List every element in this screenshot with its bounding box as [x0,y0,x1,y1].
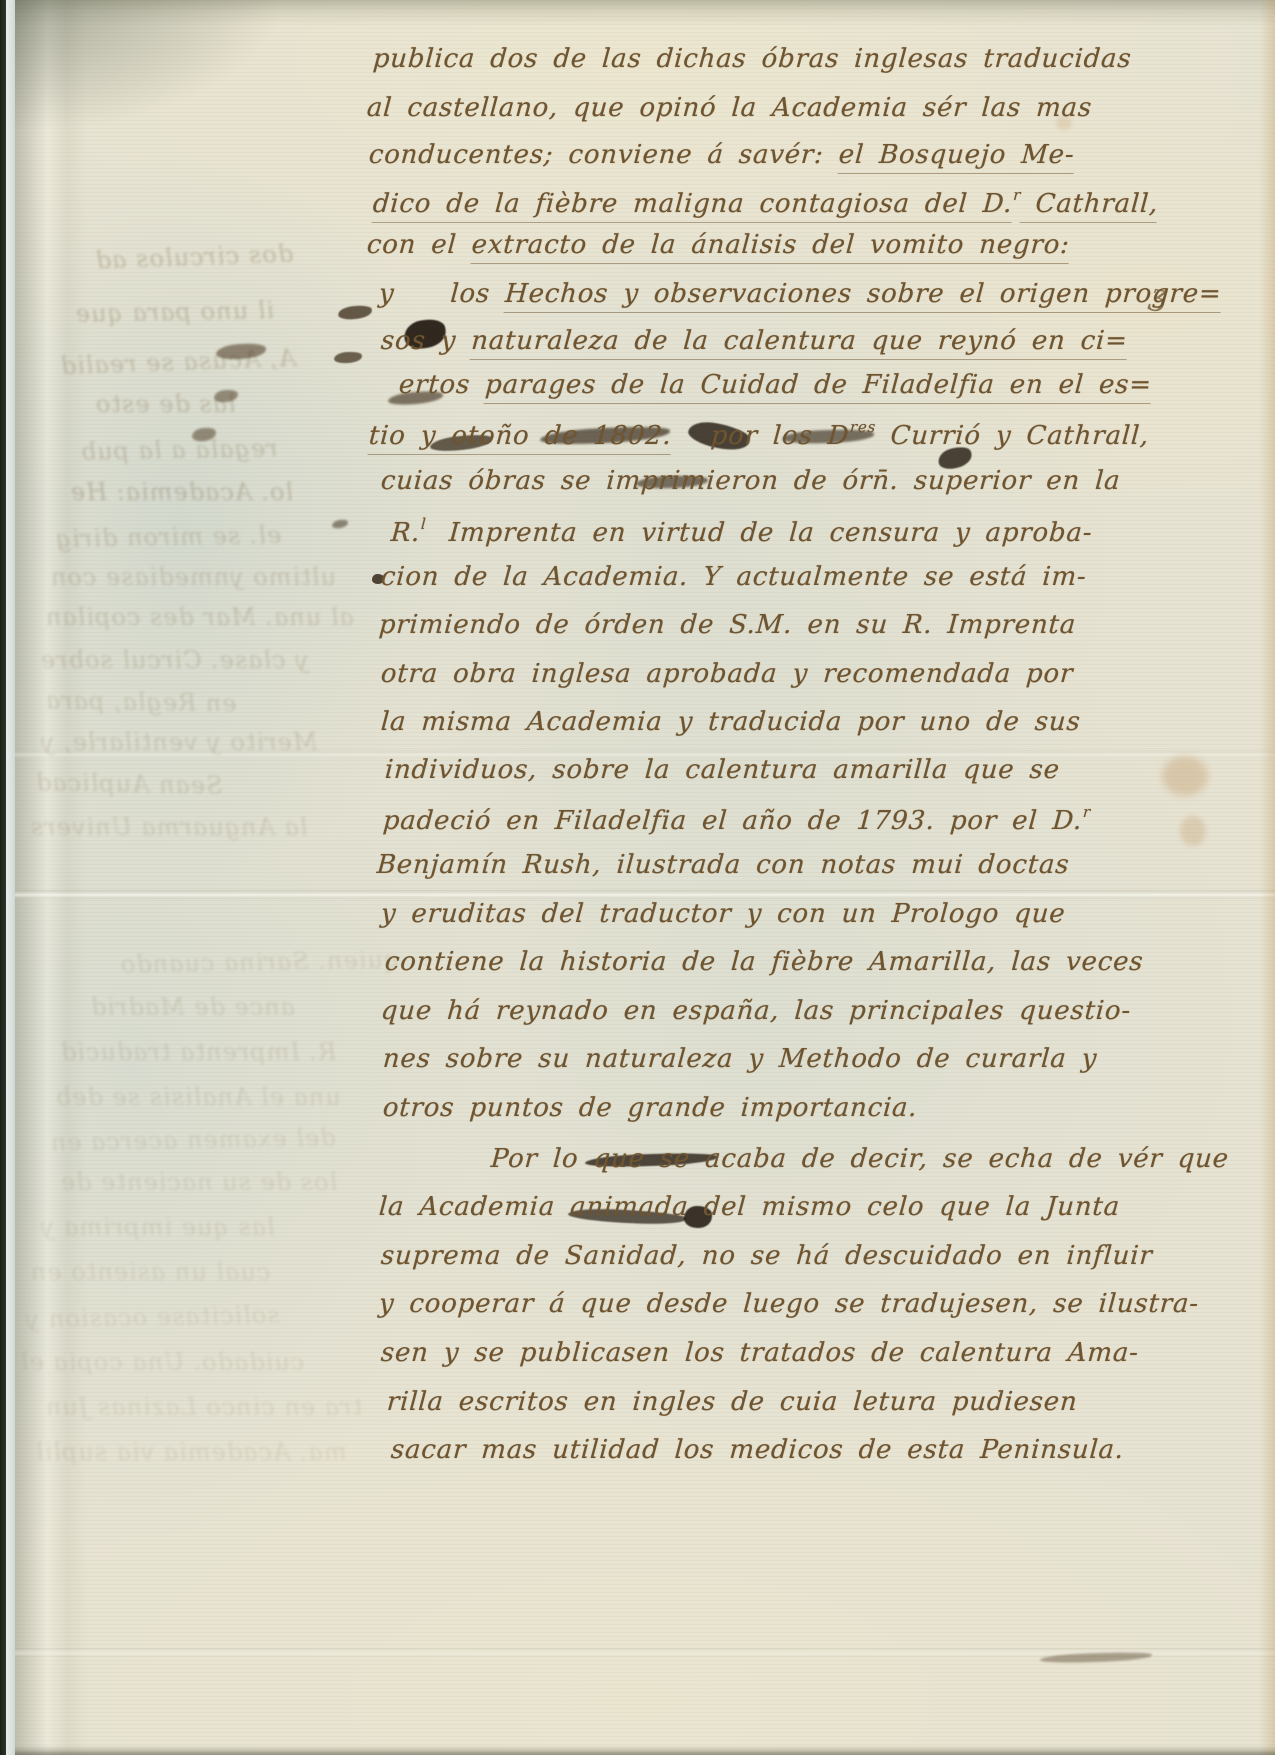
phrase: por los D [695,421,851,451]
verso-ghost-fragment: las que imprima y [39,1215,275,1239]
verso-ghost-fragment: Merito y ventilarle, y [39,730,318,754]
phrase: padeció en Filadelfia el año de 1793. po… [382,806,1084,836]
verso-ghost-fragment: cual un asiento en [29,1260,271,1284]
verso-ghost-fragment: el. se miron dirig [54,523,282,551]
verso-ghost-fragment: quien. Sarina cuando [119,948,400,977]
verso-ghost-fragment: al una. Mar des copilan [44,605,355,629]
phrase: Imprenta en virtud de la censura y aprob… [433,518,1094,548]
phrase: nes sobre su naturaleza y Methodo de cur… [382,1044,1098,1074]
underlined-phrase: el Bosquejo Me- [838,140,1076,174]
phrase: sen y se publicasen los tratados de cale… [380,1338,1140,1368]
manuscript-line: sen y se publicasen los tratados de cale… [380,1340,1140,1366]
phrase: rilla escritos en ingles de cuia letura … [386,1387,1079,1417]
foxing-stain [1162,756,1208,796]
manuscript-line: conducentes; conviene á savér: el Bosque… [368,142,1075,168]
verso-ghost-fragment: tra en cinco Lazinas Jun [44,1395,363,1419]
verso-ghost-fragment: regala a la pub [79,436,278,463]
verso-ghost-fragment: solicitase ocasion y [24,1303,280,1331]
verso-ghost-fragment: dos circulos ad [94,242,293,273]
verso-ghost-fragment: Sean Auplicad [34,770,223,797]
phrase: suprema de Sanidad, no se há descuidado … [380,1241,1154,1271]
phrase: los [449,279,506,309]
manuscript-line: Por lo que se acaba de decir, se echa de… [490,1146,1230,1172]
manuscript-line: suprema de Sanidad, no se há descuidado … [380,1243,1154,1269]
scan-backing-strip [6,0,15,1755]
phrase: contiene la historia de la fièbre Amaril… [384,947,1145,977]
phrase: otros puntos de grande importancia. [382,1093,919,1123]
verso-ghost-fragment: R. Imprenta traducid [59,1040,337,1064]
manuscript-line: que há reynado en españa, las principale… [380,998,1132,1024]
phrase: otra obra inglesa aprobada y recomendada… [380,659,1074,689]
phrase: individuos, sobre la calentura amarilla … [384,755,1061,785]
verso-ghost-fragment: il uno para que [74,298,275,325]
manuscript-line: tio y otoño de 1802. por los Dres Currió… [368,420,1150,449]
phrase: y [378,279,396,309]
phrase: la misma Academia y traducida por uno de… [380,707,1082,737]
verso-ghost-fragment: en Regla, para [44,688,237,715]
phrase: publica dos de las dichas óbras inglesas… [372,44,1133,74]
page-bottom-edge [0,1745,1275,1755]
underlined-phrase: dico de la fièbre maligna contagiosa del… [372,189,1014,223]
superscript-letters: r [1082,803,1091,821]
page-right-edge [1259,0,1275,1755]
manuscript-line: individuos, sobre la calentura amarilla … [384,757,1061,783]
manuscript-line: padeció en Filadelfia el año de 1793. po… [382,805,1091,834]
superscript-letters: res [849,418,876,436]
manuscript-scan: dos circulos adil uno para queA, Acusa s… [0,0,1275,1755]
manuscript-line: Benjamín Rush, ilustrada con notas mui d… [376,852,1070,878]
verso-ghost-fragment: ance de Madrid [89,995,296,1019]
manuscript-line: R.l Imprenta en virtud de la censura y a… [390,517,1093,546]
manuscript-line: contiene la historia de la fièbre Amaril… [384,949,1144,975]
manuscript-line: publica dos de las dichas óbras inglesas… [372,46,1132,72]
underlined-phrase: extracto de la ánalisis del vomito negro… [470,230,1070,264]
phrase: cion de la Academia. Y actualmente se es… [380,562,1088,592]
manuscript-line: sos y naturaleza de la calentura que rey… [380,328,1129,354]
verso-ghost-fragment: una el Analisis se deb [54,1085,342,1109]
manuscript-line: dico de la fièbre maligna contagiosa del… [372,188,1159,217]
underlined-phrase: Cathrall, [1019,189,1159,223]
phrase: conducentes; conviene á savér: [368,140,840,170]
verso-ghost-fragment: cuidado. Una copia el [19,1350,305,1374]
phrase: cuias óbras se imprimieron de órn̄. supe… [380,466,1122,496]
manuscript-line: cion de la Academia. Y actualmente se es… [380,564,1087,590]
manuscript-line: la Academia animada del mismo celo que l… [378,1194,1121,1220]
manuscript-line: otra obra inglesa aprobada y recomendada… [380,661,1074,687]
phrase: Currió y Cathrall, [874,421,1150,451]
manuscript-line: al castellano, que opinó la Academia sér… [366,95,1093,121]
phrase: con el [366,230,473,260]
phrase: que há reynado en españa, las principale… [380,996,1132,1026]
verso-ghost-fragment: ma. Academia via suplil [34,1440,347,1464]
phrase: ertos [398,370,486,400]
phrase: Benjamín Rush, ilustrada con notas mui d… [376,850,1071,880]
manuscript-line: ertos parages de la Cuidad de Filadelfia… [398,372,1153,398]
manuscript-line: sacar mas utilidad los medicos de esta P… [390,1437,1125,1463]
underlined-phrase: Hechos y observaciones sobre el origen p… [504,279,1223,313]
phrase: y eruditas del traductor y con un Prolog… [380,899,1067,929]
phrase: sacar mas utilidad los medicos de esta P… [390,1435,1125,1465]
verso-ghost-fragment: la Anguarma Univers [29,815,308,839]
manuscript-line: cuias óbras se imprimieron de órn̄. supe… [380,468,1121,494]
superscript-letters: l [420,515,427,533]
manuscript-line: y eruditas del traductor y con un Prolog… [380,901,1066,927]
phrase: R. [390,518,422,548]
underlined-phrase: naturaleza de la calentura que reynó en … [470,326,1129,360]
page-top-edge [0,0,1275,26]
verso-ghost-fragment: lo. Academia: He [69,480,294,504]
phrase: y cooperar á que desde luego se tradujes… [378,1289,1200,1319]
verso-ghost-fragment: ultimo ynmediase con [49,565,337,589]
phrase: sos y [380,326,472,356]
manuscript-line: otros puntos de grande importancia. [382,1095,918,1121]
manuscript-line: nes sobre su naturaleza y Methodo de cur… [382,1046,1098,1072]
manuscript-line: con el extracto de la ánalisis del vomit… [366,232,1071,258]
phrase: primiendo de órden de S.M. en su R. Impr… [378,610,1077,640]
verso-ghost-fragment: del examen acerca en [49,1126,336,1155]
manuscript-line: y cooperar á que desde luego se tradujes… [378,1291,1200,1317]
verso-ghost-fragment: los de su naciente de [59,1170,338,1194]
underlined-phrase: parages de la Cuidad de Filadelfia en el… [484,370,1153,404]
manuscript-line: rilla escritos en ingles de cuia letura … [386,1389,1079,1415]
manuscript-line: primiendo de órden de S.M. en su R. Impr… [378,612,1077,638]
phrase: Por lo que se acaba de decir, se echa de… [490,1144,1230,1174]
scan-left-edge [0,0,6,1755]
verso-ghost-fragment: y clase. Circul sobre [39,648,310,672]
manuscript-line: la misma Academia y traducida por uno de… [380,709,1082,735]
manuscript-line: ylos Hechos y observaciones sobre el ori… [378,281,1222,307]
underlined-phrase: tio y otoño de 1802. [368,421,673,455]
phrase: al castellano, que opinó la Academia sér… [366,93,1093,123]
phrase: la Academia animada del mismo celo que l… [378,1192,1121,1222]
foxing-stain [1180,816,1206,846]
